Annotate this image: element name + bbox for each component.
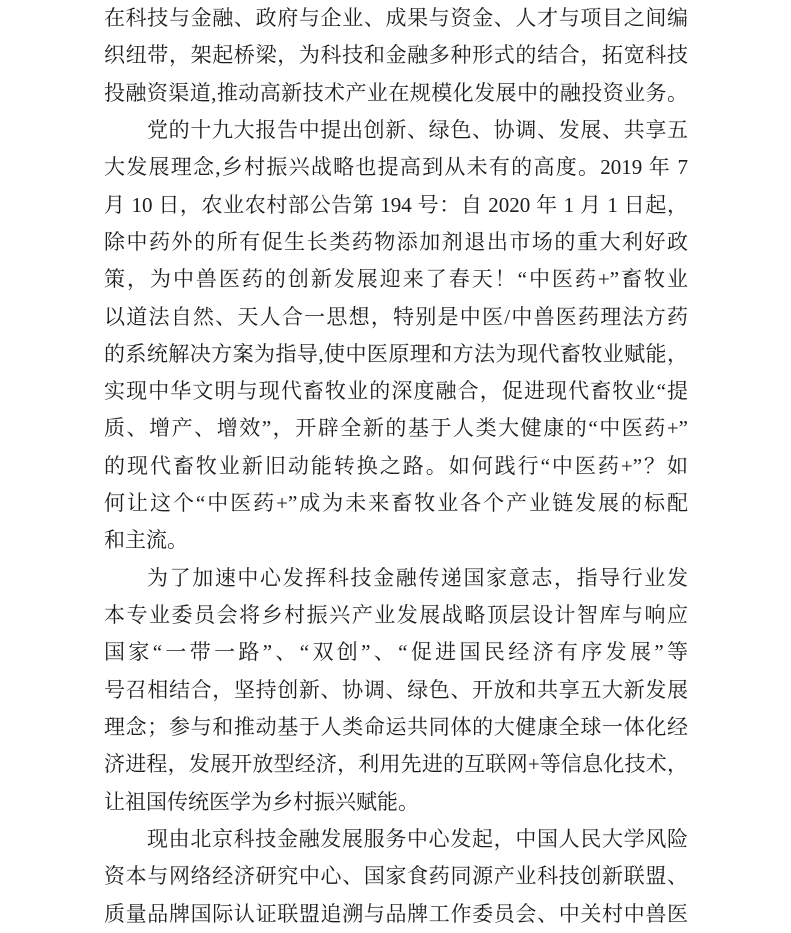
text-line: 织纽带，架起桥梁，为科技和金融多种形式的结合，拓宽科技 [104,37,688,74]
text-line: 济进程，发展开放型经济，利用先进的互联网+等信息化技术， [104,746,688,783]
text-line: 除中药外的所有促生长类药物添加剂退出市场的重大利好政 [104,224,688,261]
text-line: 和主流。 [104,522,688,559]
text-line: 月 10 日，农业农村部公告第 194 号：自 2020 年 1 月 1 日起， [104,187,688,224]
text-line: 国家“一带一路”、“双创”、“促进国民经济有序发展”等 [104,634,688,671]
text-line: 的系统解决方案为指导,使中医原理和方法为现代畜牧业赋能， [104,336,688,373]
text-line: 让祖国传统医学为乡村振兴赋能。 [104,784,688,821]
document-page: 在科技与金融、政府与企业、成果与资金、人才与项目之间编 织纽带，架起桥梁，为科技… [0,0,791,933]
text-block: 在科技与金融、政府与企业、成果与资金、人才与项目之间编 织纽带，架起桥梁，为科技… [104,0,688,933]
text-line: 何让这个“中医药+”成为未来畜牧业各个产业链发展的标配 [104,485,688,522]
text-line: 党的十九大报告中提出创新、绿色、协调、发展、共享五 [104,112,688,149]
text-line: 策，为中兽医药的创新发展迎来了春天！“中医药+”畜牧业 [104,261,688,298]
text-line: 大发展理念,乡村振兴战略也提高到从未有的高度。2019 年 7 [104,149,688,186]
text-line: 投融资渠道,推动高新技术产业在规模化发展中的融投资业务。 [104,75,688,112]
text-line: 在科技与金融、政府与企业、成果与资金、人才与项目之间编 [104,0,688,37]
text-line: 现由北京科技金融发展服务中心发起，中国人民大学风险 [104,821,688,858]
text-line: 资本与网络经济研究中心、国家食药同源产业科技创新联盟、 [104,858,688,895]
text-line: 质量品牌国际认证联盟追溯与品牌工作委员会、中关村中兽医 [104,896,688,933]
text-line: 质、增产、增效”，开辟全新的基于人类大健康的“中医药+” [104,410,688,447]
text-line: 本专业委员会将乡村振兴产业发展战略顶层设计智库与响应 [104,597,688,634]
text-line: 号召相结合，坚持创新、协调、绿色、开放和共享五大新发展 [104,672,688,709]
text-line: 以道法自然、天人合一思想，特别是中医/中兽医药理法方药 [104,299,688,336]
text-line: 实现中华文明与现代畜牧业的深度融合，促进现代畜牧业“提 [104,373,688,410]
text-line: 的现代畜牧业新旧动能转换之路。如何践行“中医药+”？如 [104,448,688,485]
text-line: 为了加速中心发挥科技金融传递国家意志，指导行业发展， [104,560,688,597]
text-line: 理念；参与和推动基于人类命运共同体的大健康全球一体化经 [104,709,688,746]
